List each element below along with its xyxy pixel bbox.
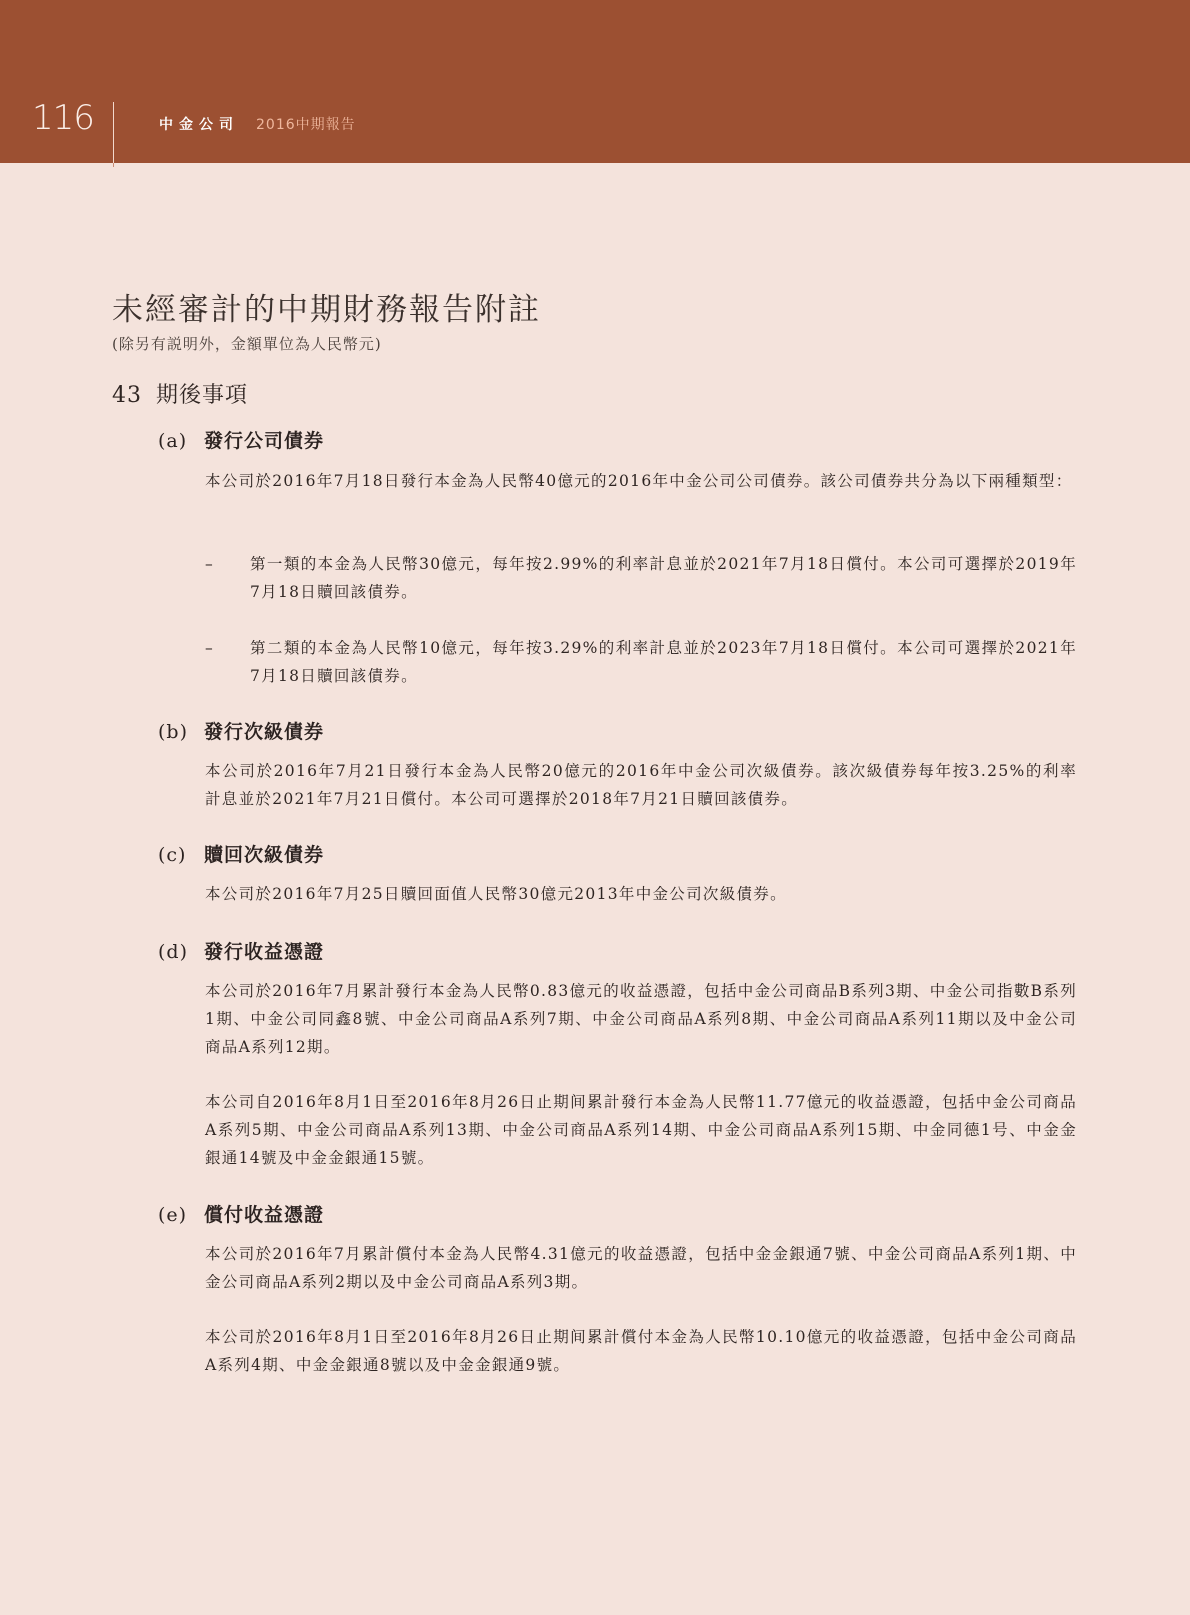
bullet-dash: –: [205, 634, 225, 662]
item-e-paragraph-2: 本公司於2016年8月1日至2016年8月26日止期间累計償付本金為人民幣10.…: [205, 1323, 1077, 1379]
section-heading: 43期後事項: [112, 378, 248, 409]
item-c-heading: (c)贖回次級債券: [158, 840, 324, 867]
bullet-text: 第二類的本金為人民幣10億元，每年按3.29%的利率計息並於2023年7月18日…: [250, 634, 1077, 690]
document-title: 未經審計的中期財務報告附註: [112, 284, 541, 329]
item-c-paragraph-1: 本公司於2016年7月25日贖回面值人民幣30億元2013年中金公司次級債券。: [205, 880, 1077, 908]
section-title: 期後事項: [156, 383, 248, 408]
bullet-dash: –: [205, 550, 225, 578]
item-a-bullet-1: – 第一類的本金為人民幣30億元，每年按2.99%的利率計息並於2021年7月1…: [205, 550, 1077, 606]
document-subtitle: (除另有説明外，金額單位為人民幣元): [112, 333, 382, 354]
item-letter: (c): [158, 844, 204, 866]
header-divider-tail: [113, 163, 114, 167]
item-title: 發行收益憑證: [204, 941, 324, 963]
item-title: 發行公司債券: [204, 430, 324, 452]
header-divider: [113, 102, 114, 163]
item-b-paragraph-1: 本公司於2016年7月21日發行本金為人民幣20億元的2016年中金公司次級債券…: [205, 757, 1077, 813]
item-letter: (a): [158, 430, 204, 452]
item-e-paragraph-1: 本公司於2016年7月累計償付本金為人民幣4.31億元的收益憑證，包括中金金銀通…: [205, 1240, 1077, 1296]
item-d-paragraph-2: 本公司自2016年8月1日至2016年8月26日止期间累計發行本金為人民幣11.…: [205, 1088, 1077, 1172]
item-title: 償付收益憑證: [204, 1204, 324, 1226]
item-b-heading: (b)發行次級債券: [158, 717, 324, 744]
item-e-heading: (e)償付收益憑證: [158, 1200, 324, 1227]
item-title: 發行次級債券: [204, 721, 324, 743]
page-number: 116: [32, 98, 94, 138]
item-title: 贖回次級債券: [204, 844, 324, 866]
item-d-heading: (d)發行收益憑證: [158, 937, 324, 964]
bullet-text: 第一類的本金為人民幣30億元，每年按2.99%的利率計息並於2021年7月18日…: [250, 550, 1077, 606]
company-name: 中金公司: [159, 114, 239, 134]
item-letter: (d): [158, 941, 204, 963]
item-a-bullet-2: – 第二類的本金為人民幣10億元，每年按3.29%的利率計息並於2023年7月1…: [205, 634, 1077, 690]
item-a-heading: (a)發行公司債券: [158, 426, 324, 453]
section-number: 43: [112, 383, 142, 408]
item-letter: (b): [158, 721, 204, 743]
item-a-paragraph-1: 本公司於2016年7月18日發行本金為人民幣40億元的2016年中金公司公司債券…: [205, 467, 1077, 495]
item-d-paragraph-1: 本公司於2016年7月累計發行本金為人民幣0.83億元的收益憑證，包括中金公司商…: [205, 977, 1077, 1061]
item-letter: (e): [158, 1204, 204, 1226]
report-name: 2016中期報告: [256, 114, 356, 134]
header-band: [0, 0, 1190, 163]
